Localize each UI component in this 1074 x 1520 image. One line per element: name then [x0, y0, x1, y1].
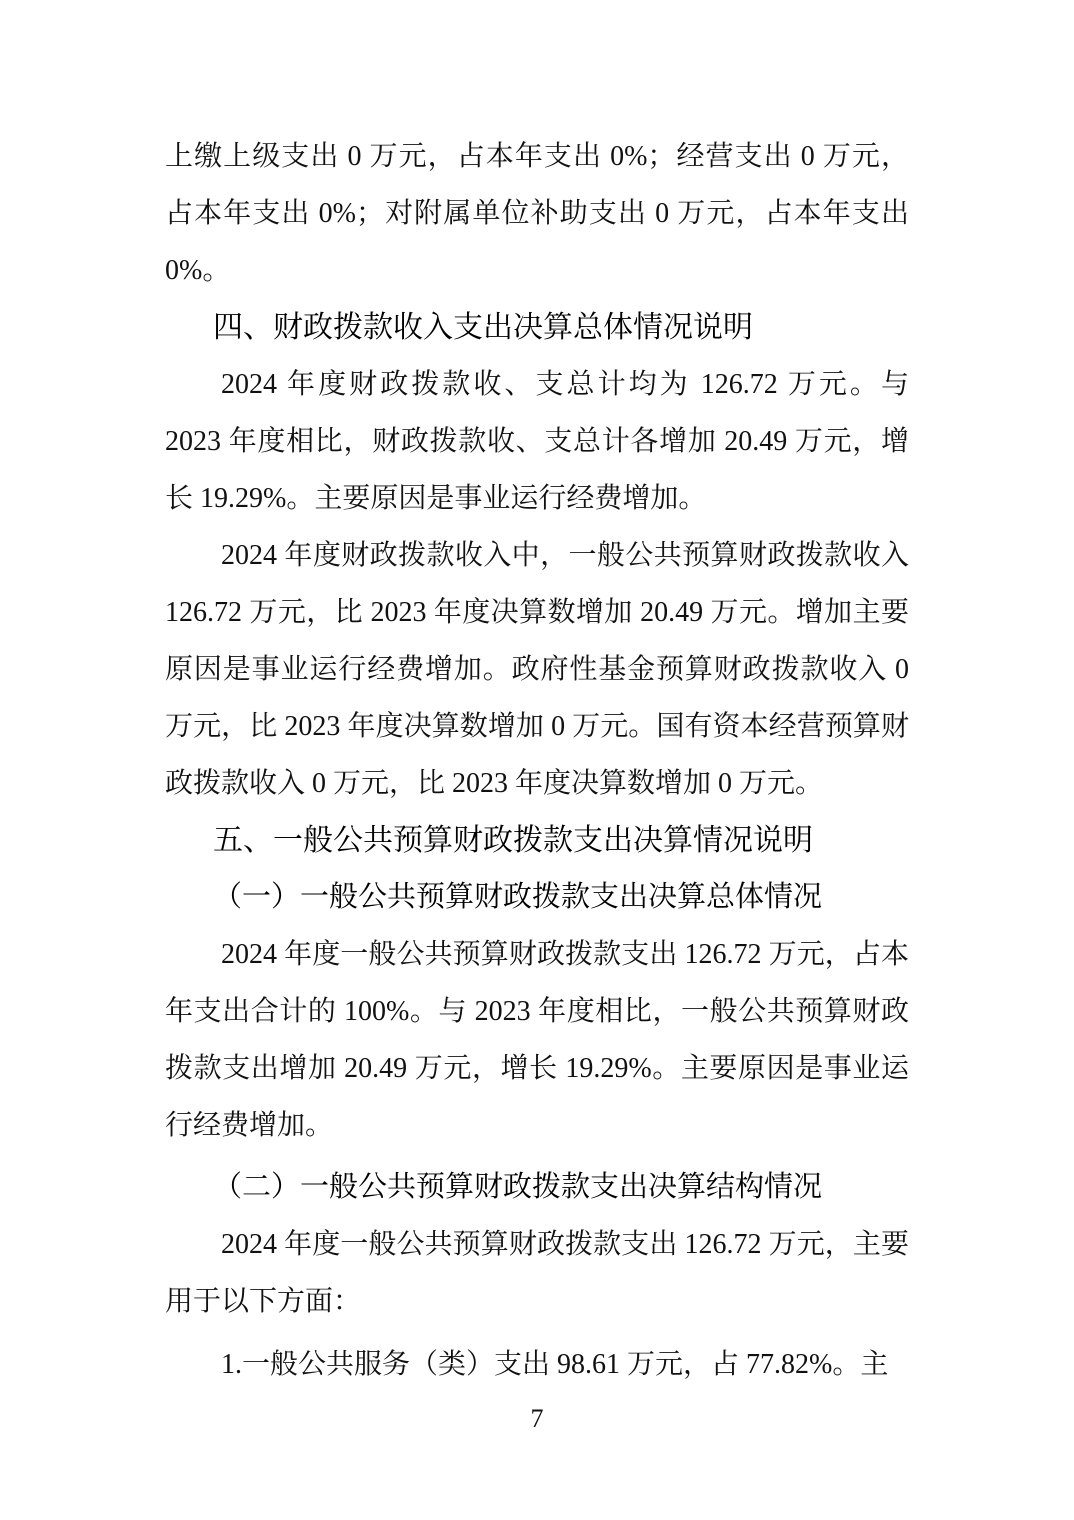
paragraph-expenditure-overall-2024: 2024 年度一般公共预算财政拨款支出 126.72 万元，占本年支出合计的 1… [165, 926, 909, 1154]
sub-heading-2-expenditure-structure: （二）一般公共预算财政拨款支出决算结构情况 [165, 1159, 909, 1216]
paragraph-expenditure-structure-intro: 2024 年度一般公共预算财政拨款支出 126.72 万元，主要用于以下方面： [165, 1216, 909, 1330]
paragraph-carryover-expense-shares: 上缴上级支出 0 万元，占本年支出 0%；经营支出 0 万元，占本年支出 0%；… [165, 128, 909, 299]
section-heading-5-general-budget-expenditure: 五、一般公共预算财政拨款支出决算情况说明 [165, 812, 909, 869]
sub-heading-1-expenditure-overall: （一）一般公共预算财政拨款支出决算总体情况 [165, 869, 909, 926]
section-heading-4-fiscal-appropriation-overview: 四、财政拨款收入支出决算总体情况说明 [165, 299, 909, 356]
paragraph-item-1-general-public-services: 1.一般公共服务（类）支出 98.61 万元，占 77.82%。主 [165, 1336, 909, 1393]
document-page: 上缴上级支出 0 万元，占本年支出 0%；经营支出 0 万元，占本年支出 0%；… [0, 0, 1074, 1520]
page-content: 上缴上级支出 0 万元，占本年支出 0%；经营支出 0 万元，占本年支出 0%；… [165, 128, 909, 1393]
page-number: 7 [0, 1404, 1074, 1434]
paragraph-fiscal-income-breakdown: 2024 年度财政拨款收入中，一般公共预算财政拨款收入 126.72 万元，比 … [165, 527, 909, 812]
paragraph-fiscal-totals-2024: 2024 年度财政拨款收、支总计均为 126.72 万元。与 2023 年度相比… [165, 356, 909, 527]
